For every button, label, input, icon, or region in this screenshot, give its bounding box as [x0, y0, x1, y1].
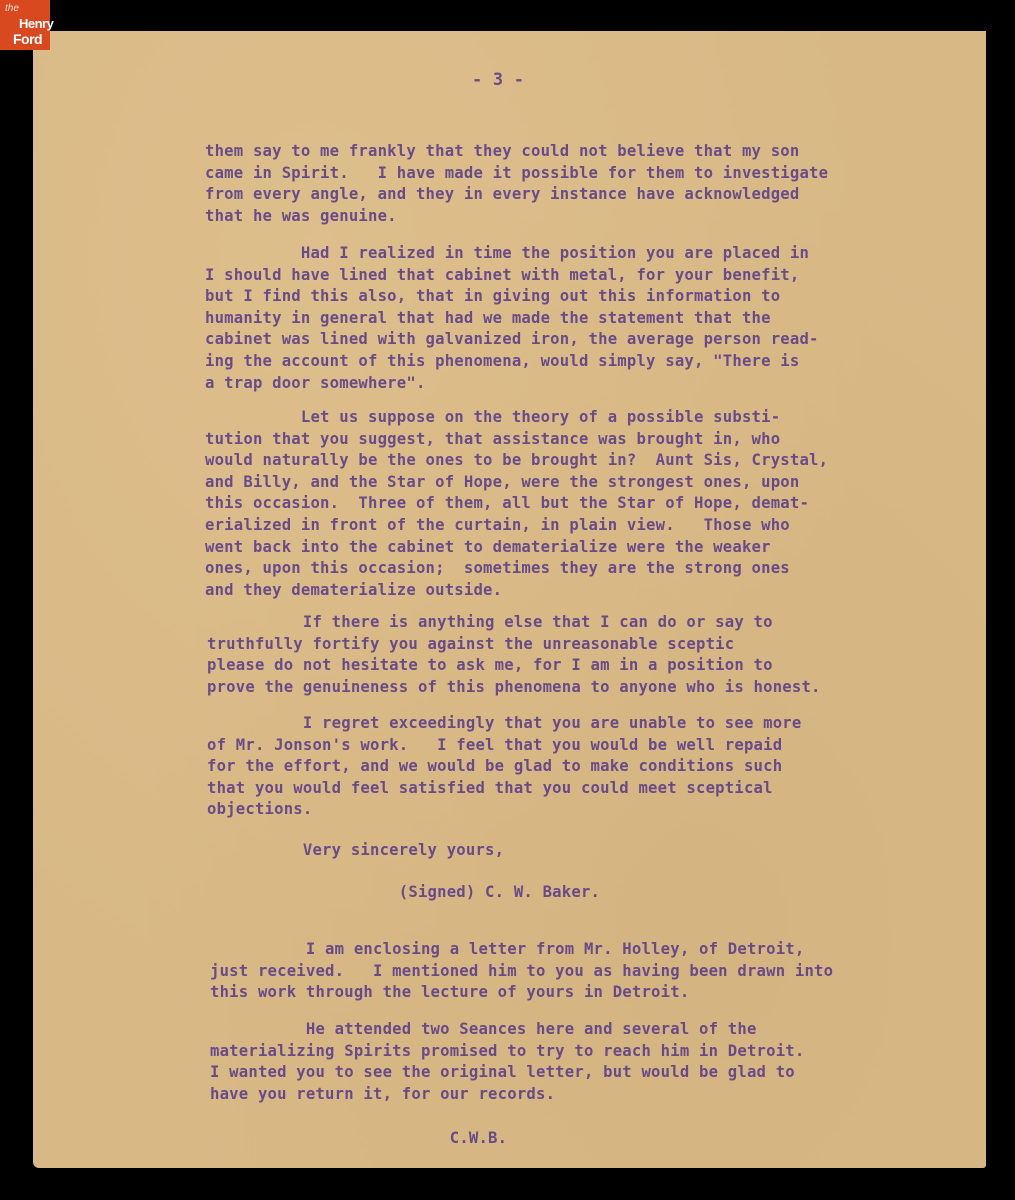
text-line: I wanted you to see the original letter,…: [210, 1062, 804, 1084]
paragraph: I regret exceedingly that you are unable…: [207, 713, 801, 821]
text-line: C.W.B.: [210, 1128, 507, 1150]
text-line: cabinet was lined with galvanized iron, …: [205, 329, 819, 351]
paragraph: (Signed) C. W. Baker.: [207, 882, 600, 904]
text-line: I should have lined that cabinet with me…: [205, 265, 819, 287]
paragraph: He attended two Seances here and several…: [210, 1019, 804, 1105]
paragraph: I am enclosing a letter from Mr. Holley,…: [210, 939, 833, 1004]
logo-henry: Henry: [19, 17, 53, 30]
text-line: objections.: [207, 799, 801, 821]
text-line: and they dematerialize outside.: [205, 580, 828, 602]
text-line: just received. I mentioned him to you as…: [210, 961, 833, 983]
text-line: that you would feel satisfied that you c…: [207, 778, 801, 800]
text-line: would naturally be the ones to be brough…: [205, 450, 828, 472]
text-line: Had I realized in time the position you …: [205, 243, 819, 265]
text-line: a trap door somewhere".: [205, 373, 819, 395]
text-line: I am enclosing a letter from Mr. Holley,…: [210, 939, 833, 961]
text-line: this occasion. Three of them, all but th…: [205, 493, 828, 515]
text-line: from every angle, and they in every inst…: [205, 184, 828, 206]
text-line: humanity in general that had we made the…: [205, 308, 819, 330]
text-line: I regret exceedingly that you are unable…: [207, 713, 801, 735]
logo-the: the: [5, 4, 19, 14]
paragraph: Very sincerely yours,: [207, 840, 504, 862]
text-line: If there is anything else that I can do …: [207, 612, 821, 634]
logo-ford: Ford: [13, 32, 42, 46]
paragraph: Had I realized in time the position you …: [205, 243, 819, 394]
text-line: truthfully fortify you against the unrea…: [207, 634, 821, 656]
text-line: them say to me frankly that they could n…: [205, 141, 828, 163]
text-line: for the effort, and we would be glad to …: [207, 756, 801, 778]
henry-ford-logo: the Henry Ford: [0, 0, 50, 50]
text-line: Let us suppose on the theory of a possib…: [205, 407, 828, 429]
text-line: prove the genuineness of this phenomena …: [207, 677, 821, 699]
text-line: He attended two Seances here and several…: [210, 1019, 804, 1041]
text-line: please do not hesitate to ask me, for I …: [207, 655, 821, 677]
paragraph: If there is anything else that I can do …: [207, 612, 821, 698]
text-line: and Billy, and the Star of Hope, were th…: [205, 472, 828, 494]
text-line: went back into the cabinet to dematerial…: [205, 537, 828, 559]
text-line: ing the account of this phenomena, would…: [205, 351, 819, 373]
paragraph: C.W.B.: [210, 1128, 507, 1150]
text-line: ones, upon this occasion; sometimes they…: [205, 558, 828, 580]
text-line: of Mr. Jonson's work. I feel that you wo…: [207, 735, 801, 757]
text-line: but I find this also, that in giving out…: [205, 286, 819, 308]
text-line: this work through the lecture of yours i…: [210, 982, 833, 1004]
paragraph: Let us suppose on the theory of a possib…: [205, 407, 828, 601]
text-line: (Signed) C. W. Baker.: [207, 882, 600, 904]
text-line: that he was genuine.: [205, 206, 828, 228]
text-line: tution that you suggest, that assistance…: [205, 429, 828, 451]
paragraph: them say to me frankly that they could n…: [205, 141, 828, 227]
text-line: Very sincerely yours,: [207, 840, 504, 862]
text-line: erialized in front of the curtain, in pl…: [205, 515, 828, 537]
page-number: - 3 -: [472, 70, 524, 90]
text-line: have you return it, for our records.: [210, 1084, 804, 1106]
text-line: came in Spirit. I have made it possible …: [205, 163, 828, 185]
text-line: materializing Spirits promised to try to…: [210, 1041, 804, 1063]
